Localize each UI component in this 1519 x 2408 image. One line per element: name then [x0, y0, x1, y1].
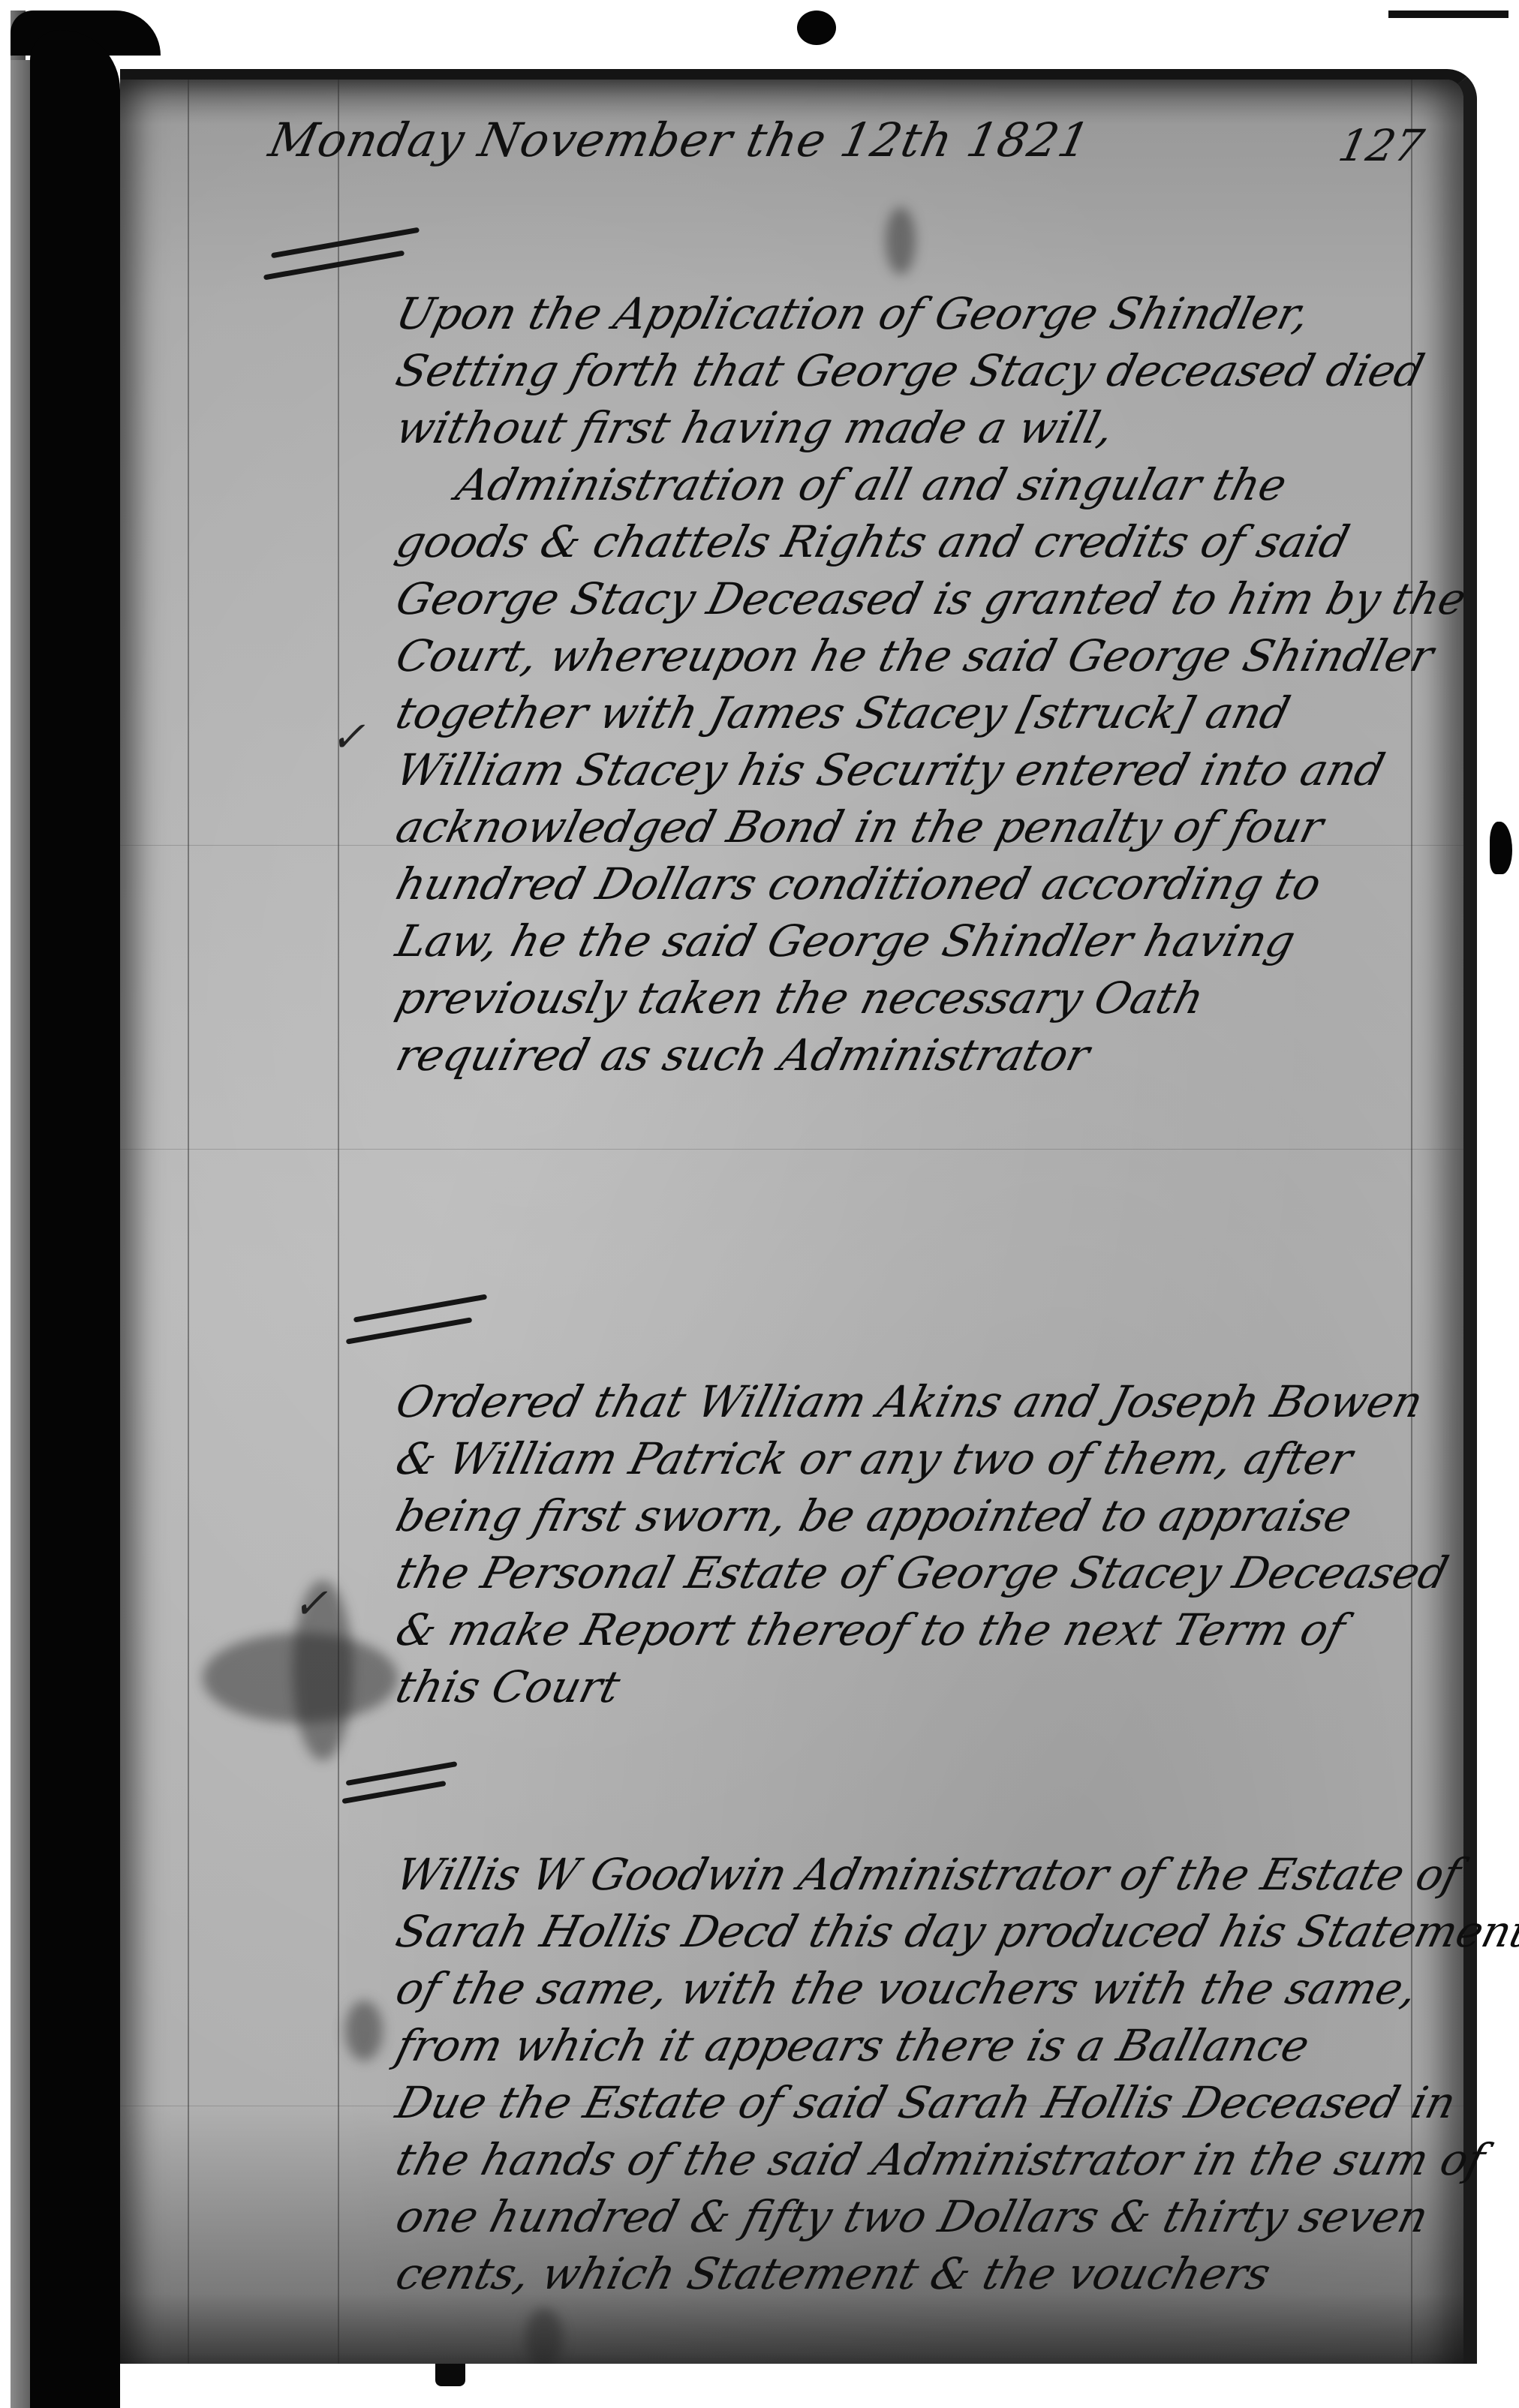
- entry-line: George Stacy Deceased is granted to him …: [390, 570, 1455, 627]
- entry-line: one hundred & fifty two Dollars & thirty…: [390, 2188, 1455, 2245]
- entry-line: William Stacey his Security entered into…: [390, 741, 1455, 798]
- entry-line: cents, which Statement & the vouchers: [390, 2245, 1455, 2302]
- entry-line: Ordered that William Akins and Joseph Bo…: [390, 1373, 1455, 1430]
- entry-line: of the same, with the vouchers with the …: [390, 1960, 1455, 2017]
- date-heading: Monday November the 12th 1821: [264, 113, 1095, 167]
- entry-line: Administration of all and singular the: [390, 456, 1455, 513]
- entry-line: hundred Dollars conditioned according to: [390, 855, 1455, 912]
- entry-line: this Court: [390, 1658, 1455, 1715]
- entry-line: Court, whereupon he the said George Shin…: [390, 627, 1455, 684]
- entry-line: previously taken the necessary Oath: [390, 970, 1455, 1027]
- margin-check-icon: ✓: [293, 1580, 328, 1628]
- ink-blot: [886, 207, 916, 275]
- page-number: 127: [1334, 120, 1428, 171]
- entry-appraisal-order: Ordered that William Akins and Joseph Bo…: [390, 1373, 1441, 1715]
- entry-line: from which it appears there is a Ballanc…: [390, 2017, 1455, 2074]
- entry-hollis-estate-statement: Willis W Goodwin Administrator of the Es…: [390, 1846, 1441, 2302]
- entry-line: Law, he the said George Shindler having: [390, 912, 1455, 970]
- margin-line-inner: [338, 80, 339, 2391]
- entry-line: required as such Administrator: [390, 1027, 1455, 1084]
- scan-edge-rule: [1388, 11, 1508, 18]
- entry-line: being first sworn, be appointed to appra…: [390, 1487, 1455, 1544]
- entry-administration-shindler: Upon the Application of George Shindler,…: [390, 285, 1441, 1084]
- page-edge-ink-blot: [1490, 822, 1512, 874]
- page-bottom-tab: [435, 2364, 465, 2386]
- entry-line: & William Patrick or any two of them, af…: [390, 1430, 1455, 1487]
- entry-line: Sarah Hollis Decd this day produced his …: [390, 1903, 1455, 1960]
- entry-line: Setting forth that George Stacy deceased…: [390, 342, 1455, 399]
- entry-line: goods & chattels Rights and credits of s…: [390, 513, 1455, 570]
- entry-line: Upon the Application of George Shindler,: [390, 285, 1455, 342]
- ruled-line: [120, 1149, 1463, 1150]
- margin-line-outer: [188, 80, 189, 2391]
- entry-line: together with James Stacey [struck] and: [390, 684, 1455, 741]
- punch-hole-mark: [797, 11, 836, 45]
- entry-line: Willis W Goodwin Administrator of the Es…: [390, 1846, 1455, 1903]
- entry-line: the hands of the said Administrator in t…: [390, 2131, 1455, 2188]
- ink-blot: [345, 2001, 383, 2061]
- ledger-binding: [30, 30, 120, 2408]
- entry-line: acknowledged Bond in the penalty of four: [390, 798, 1455, 855]
- ink-blot: [525, 2308, 563, 2368]
- entry-line: the Personal Estate of George Stacey Dec…: [390, 1544, 1455, 1601]
- entry-line: & make Report thereof to the next Term o…: [390, 1601, 1455, 1658]
- scan-bottom-margin: [120, 2364, 1486, 2408]
- entry-line: Due the Estate of said Sarah Hollis Dece…: [390, 2074, 1455, 2131]
- entry-line: without first having made a will,: [390, 399, 1455, 456]
- margin-check-icon: ✓: [330, 713, 365, 762]
